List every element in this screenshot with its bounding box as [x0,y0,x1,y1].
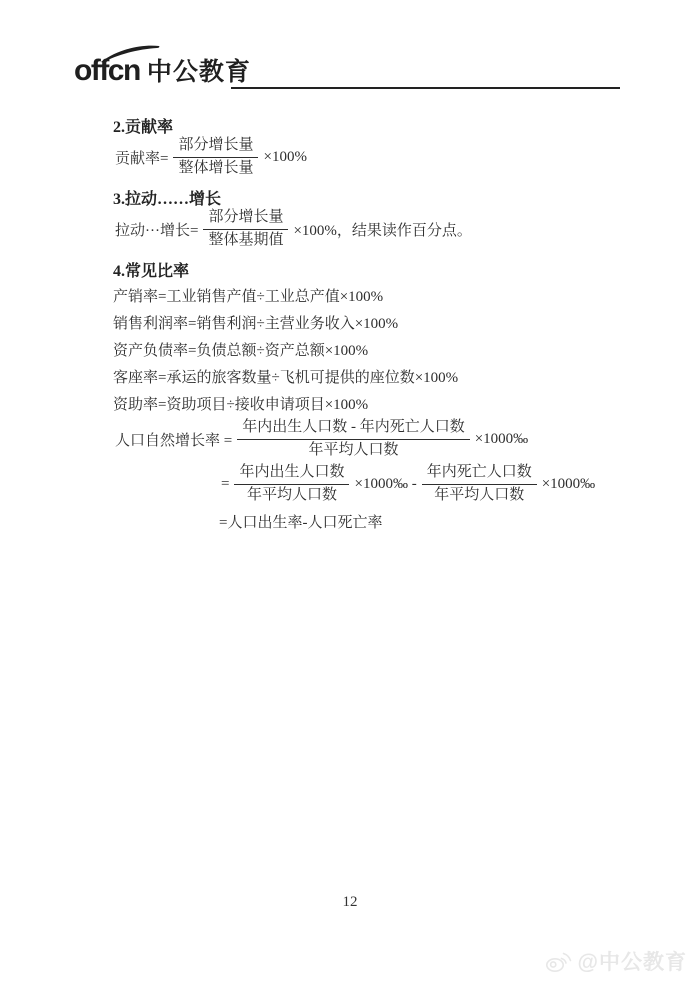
ratio-line-passenger-load: 客座率=承运的旅客数量÷飞机可提供的座位数×100% [113,369,458,388]
formula-rhs: ×100%，结果读作百分点。 [293,219,471,240]
watermark: @中公教育 [545,946,687,976]
formula-population-growth-line1: 人口自然增长率 = 年内出生人口数 - 年内死亡人口数 年平均人口数 ×1000… [113,418,530,460]
formula-lhs: 贡献率= [115,147,168,168]
denominator: 年平均人口数 [234,484,349,506]
denominator: 整体增长量 [173,157,258,179]
ratio-line-list: 产销率=工业销售产值÷工业总产值×100% 销售利润率=销售利润÷主营业务收入×… [113,288,458,415]
formula-population-growth-line2: = 年内出生人口数 年平均人口数 ×1000‰ - 年内死亡人口数 年平均人口数… [219,463,597,505]
section-heading-contribution-rate: 2.贡献率 [113,114,173,137]
offcn-logo: offcn 中公教育 [74,56,251,86]
section-heading-pull-growth: 3.拉动……增长 [113,186,221,209]
denominator: 年平均人口数 [422,484,537,506]
formula-rhs: ×1000‰ [475,431,528,448]
equals-sign: = [221,476,229,493]
ratio-line-sales-profit: 销售利润率=销售利润÷主营业务收入×100% [113,315,458,334]
formula-rhs: ×100% [263,149,306,166]
formula-rhs: ×1000‰ [542,476,595,493]
formula-lhs: 人口自然增长率 = [115,429,232,450]
offcn-logo-latin: offcn [74,56,140,86]
section-heading-common-ratios: 4.常见比率 [113,258,189,281]
watermark-text: @中公教育 [578,946,687,976]
header-rule [231,87,620,89]
ratio-line-funding: 资助率=资助项目÷接收申请项目×100% [113,396,458,415]
document-page: offcn 中公教育 2.贡献率 贡献率= 部分增长量 整体增长量 ×100% … [0,0,700,984]
denominator: 年平均人口数 [237,439,470,461]
numerator: 年内出生人口数 - 年内死亡人口数 [237,418,470,439]
formula-population-growth-line3: =人口出生率-人口死亡率 [219,511,382,532]
fraction: 年内出生人口数 年平均人口数 [234,463,349,505]
fraction: 年内出生人口数 - 年内死亡人口数 年平均人口数 [237,418,470,460]
numerator: 部分增长量 [203,208,288,229]
formula-pull-growth: 拉动···增长= 部分增长量 整体基期值 ×100%，结果读作百分点。 [113,208,474,250]
numerator: 年内出生人口数 [234,463,349,484]
numerator: 部分增长量 [173,136,258,157]
formula-mid-operator: ×1000‰ - [354,476,416,493]
fraction: 部分增长量 整体基期值 [203,208,288,250]
fraction: 部分增长量 整体增长量 [173,136,258,178]
ratio-line-asset-liability: 资产负债率=负债总额÷资产总额×100% [113,342,458,361]
formula-text: =人口出生率-人口死亡率 [219,511,382,532]
ratio-line-production-sales: 产销率=工业销售产值÷工业总产值×100% [113,288,458,307]
denominator: 整体基期值 [203,229,288,251]
formula-lhs: 拉动···增长= [115,219,198,240]
offcn-logo-cn: 中公教育 [147,60,251,85]
offcn-logo-text: offcn [74,54,140,87]
numerator: 年内死亡人口数 [422,463,537,484]
formula-contribution-rate: 贡献率= 部分增长量 整体增长量 ×100% [113,136,309,178]
weibo-icon [545,949,573,973]
fraction: 年内死亡人口数 年平均人口数 [422,463,537,505]
page-number: 12 [0,894,700,911]
